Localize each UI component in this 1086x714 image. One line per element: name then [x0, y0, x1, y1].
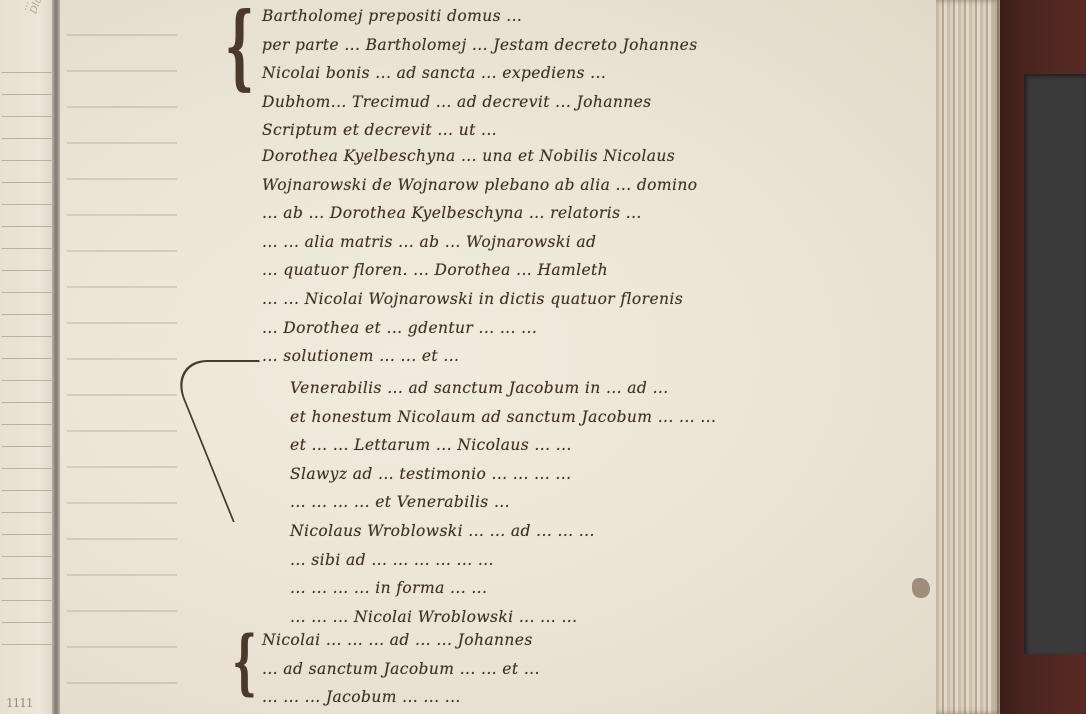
manuscript-line: ... ab ... Dorothea Kyelbeschyna ... rel…	[262, 199, 697, 228]
manuscript-line: Wojnarowski de Wojnarow plebano ab alia …	[262, 171, 697, 200]
manuscript-line: Nicolai ... ... ... ad ... ... Johannes	[262, 626, 540, 655]
manuscript-line: per parte ... Bartholomej ... Jestam dec…	[262, 31, 698, 60]
ink-stain	[912, 578, 930, 598]
register-entry: { Bartholomej prepositi domus ... per pa…	[262, 2, 698, 145]
manuscript-line: Nicolai bonis ... ad sancta ... expedien…	[262, 59, 698, 88]
manuscript-line: ... ... ... ... in forma ... ...	[290, 574, 716, 603]
cover-board	[1024, 74, 1086, 654]
manuscript-photo: ... de Dlugosz 1111	[0, 0, 1086, 714]
manuscript-line: Bartholomej prepositi domus ...	[262, 2, 698, 31]
manuscript-line: Venerabilis ... ad sanctum Jacobum in ..…	[290, 374, 716, 403]
manuscript-line: ... ... alia matris ... ab ... Wojnarows…	[262, 228, 697, 257]
manuscript-line: et ... ... Lettarum ... Nicolaus ... ...	[290, 431, 716, 460]
manuscript-line: Dorothea Kyelbeschyna ... una et Nobilis…	[262, 142, 697, 171]
manuscript-line: ... ... ... ... et Venerabilis ...	[290, 488, 716, 517]
manuscript-line: ... ... Nicolai Wojnarowski in dictis qu…	[262, 285, 697, 314]
manuscript-line: ... ad sanctum Jacobum ... ... et ...	[262, 655, 540, 684]
folio-mark: 1111	[6, 696, 33, 710]
manuscript-line: ... ... ... Jacobum ... ... ...	[262, 683, 540, 712]
manuscript-line: Scriptum et decrevit ... ut ...	[262, 116, 698, 145]
ink-show-through	[70, 0, 200, 714]
manuscript-line: Nicolaus Wroblowski ... ... ad ... ... .…	[290, 517, 716, 546]
manuscript-line: ... sibi ad ... ... ... ... ... ...	[290, 546, 716, 575]
register-entry: Venerabilis ... ad sanctum Jacobum in ..…	[290, 374, 716, 631]
manuscript-line: Slawyz ad ... testimonio ... ... ... ...	[290, 460, 716, 489]
manuscript-line: ... quatuor floren. ... Dorothea ... Ham…	[262, 256, 697, 285]
margin-note: ... de Dlugosz	[18, 0, 53, 16]
manuscript-line: ... solutionem ... ... et ...	[262, 342, 697, 371]
manuscript-line: ... Dorothea et ... gdentur ... ... ...	[262, 314, 697, 343]
manuscript-page: { Bartholomej prepositi domus ... per pa…	[60, 0, 936, 714]
page-fore-edge	[936, 0, 1000, 714]
manuscript-line: et honestum Nicolaum ad sanctum Jacobum …	[290, 403, 716, 432]
facing-page-edge: ... de Dlugosz 1111	[0, 0, 56, 714]
manuscript-line: Dubhom... Trecimud ... ad decrevit ... J…	[262, 88, 698, 117]
entry-brace-mark: {	[232, 620, 257, 703]
register-entry: Dorothea Kyelbeschyna ... una et Nobilis…	[262, 142, 697, 371]
entry-brace-mark: {	[225, 0, 255, 100]
register-entry: { Nicolai ... ... ... ad ... ... Johanne…	[262, 626, 540, 712]
